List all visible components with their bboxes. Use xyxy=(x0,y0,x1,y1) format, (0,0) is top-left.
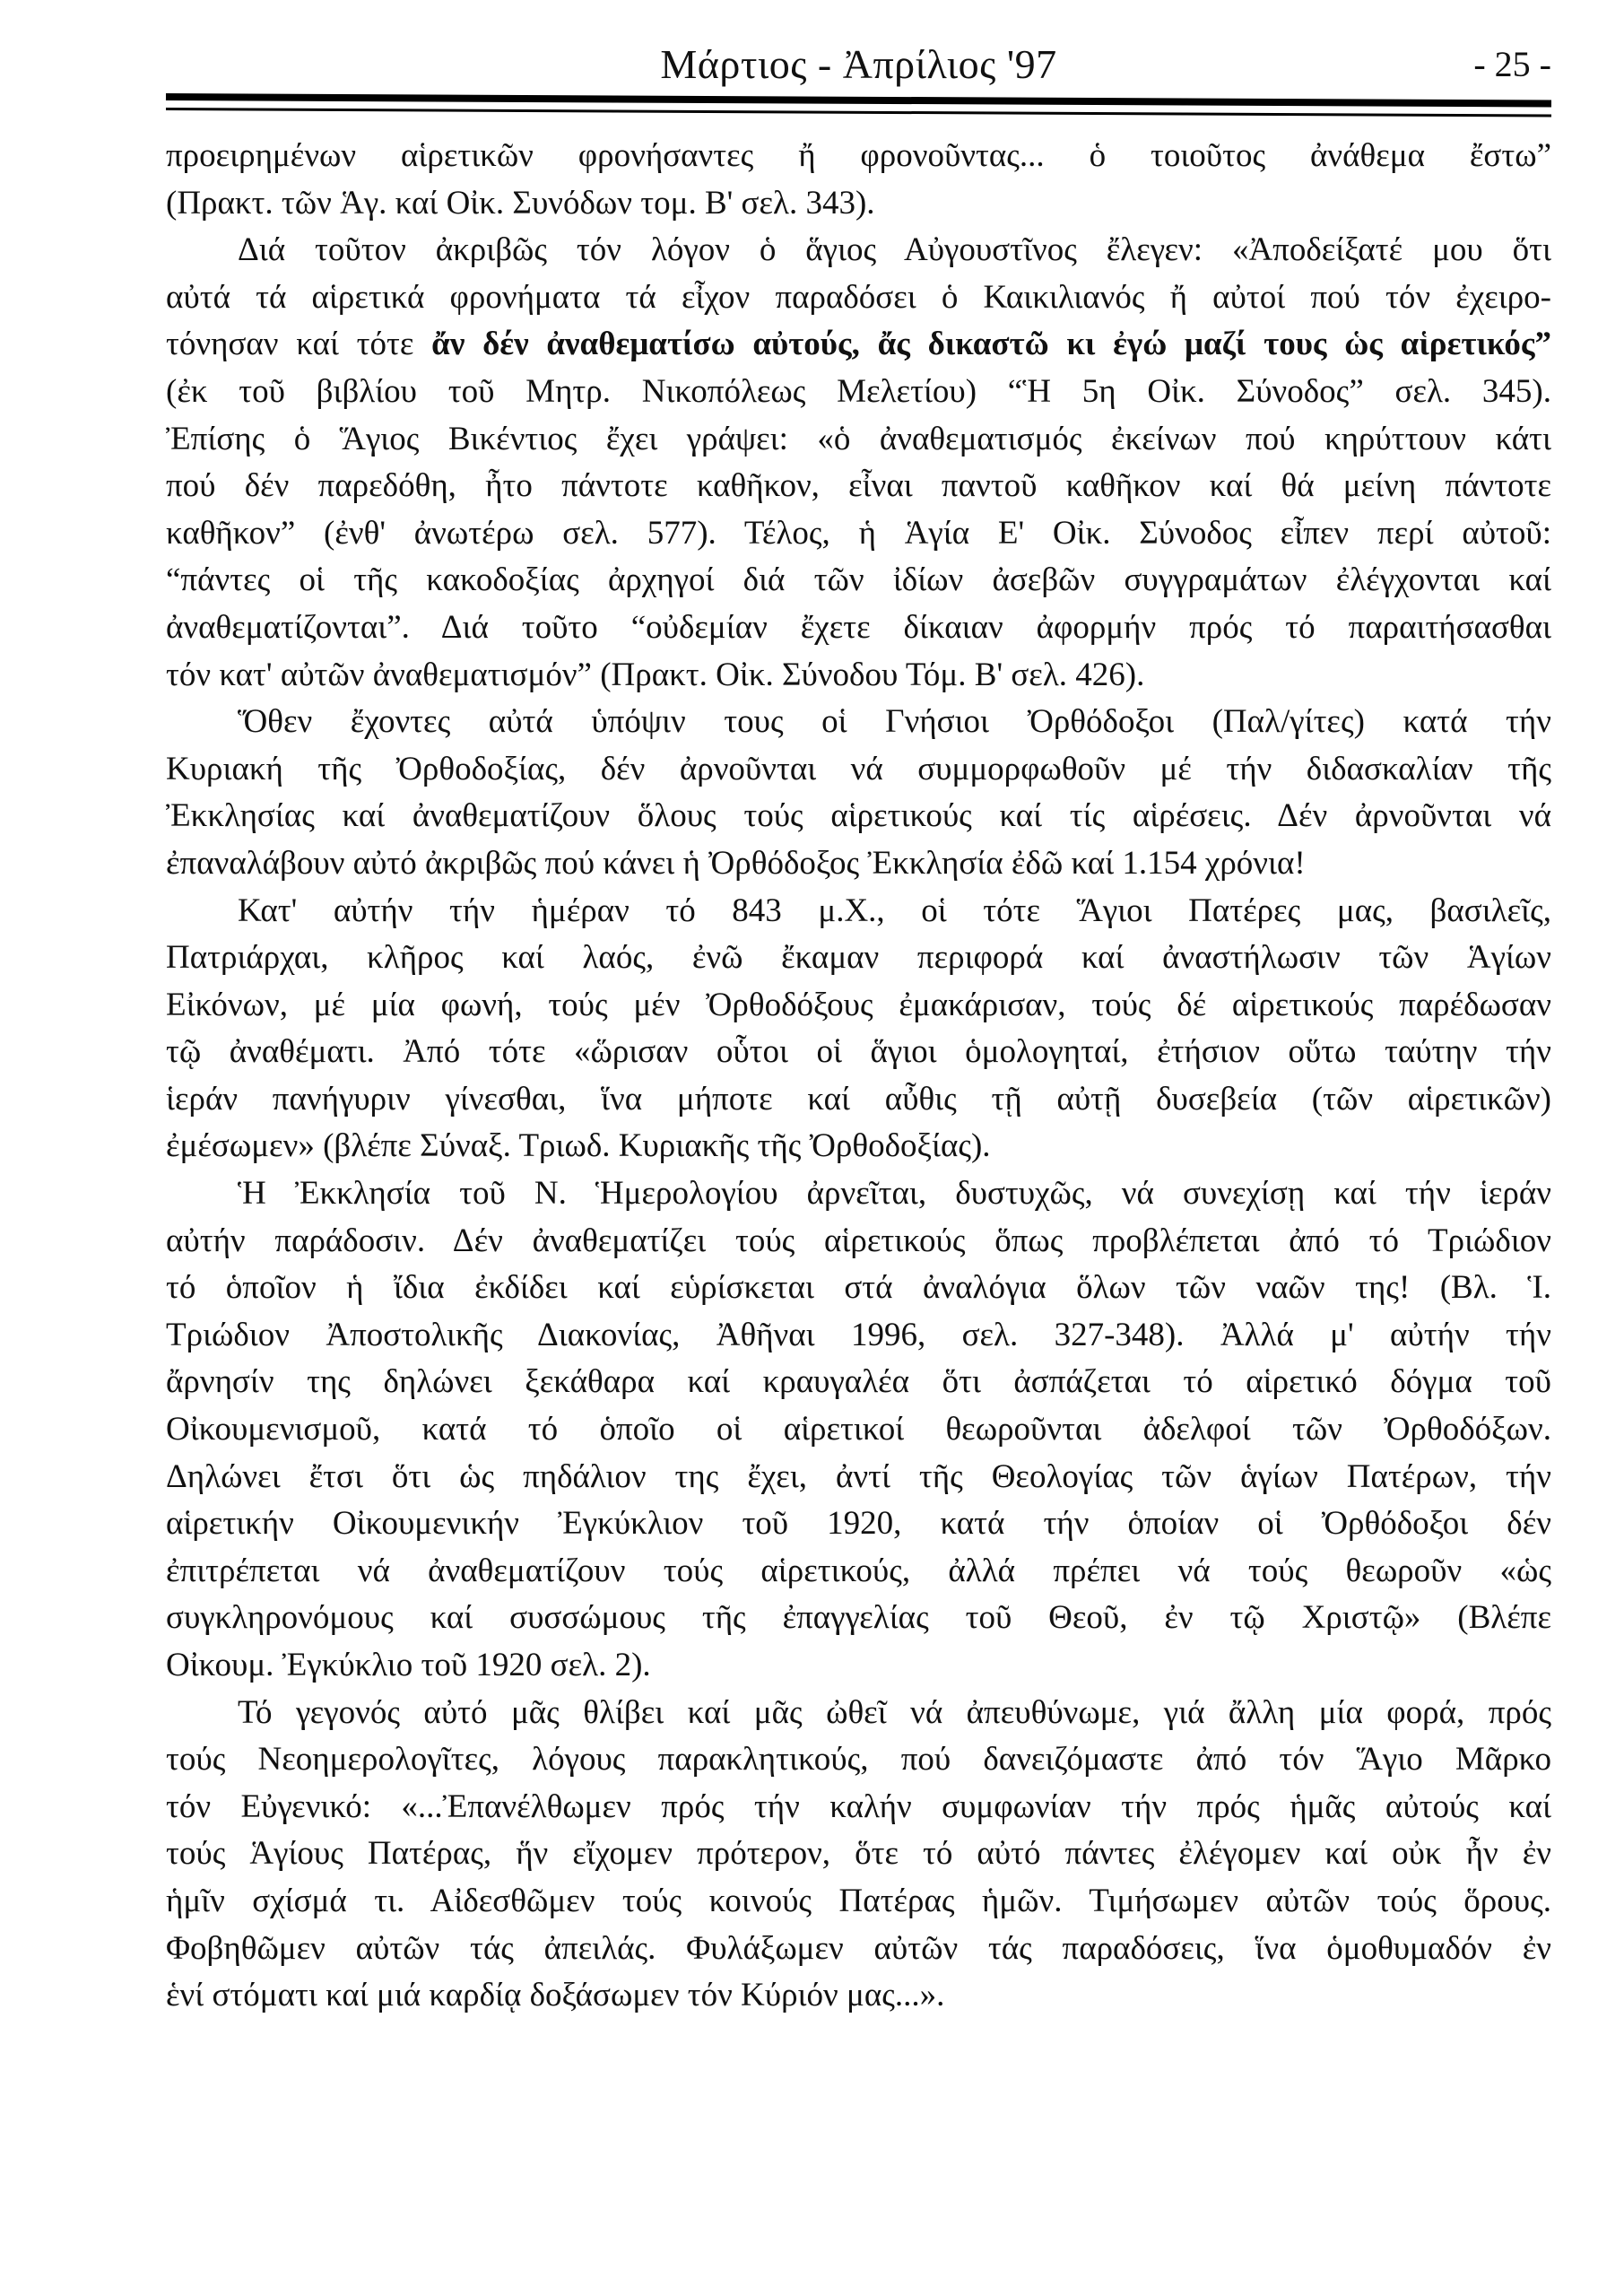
text-line: αὐτά τά αἱρετικά φρονήματα τά εἶχον παρα… xyxy=(166,274,1551,322)
text-line: Οἰκουμενισμοῦ, κατά τό ὁποῖο οἱ αἱρετικο… xyxy=(166,1406,1551,1454)
text-line: Εἰκόνων, μέ μία φωνή, τούς μέν Ὀρθοδόξου… xyxy=(166,982,1551,1030)
text-line: ἑνί στόματι καί μιά καρδίᾳ δοξάσωμεν τόν… xyxy=(166,1972,1551,2020)
text-line: τούς Νεοημερολογῖτες, λόγους παρακλητικο… xyxy=(166,1736,1551,1784)
text-line: Ἐκκλησίας καί ἀναθεματίζουν ὅλους τούς α… xyxy=(166,793,1551,840)
text-line: Κατ' αὐτήν τήν ἡμέραν τό 843 μ.Χ., οἱ τό… xyxy=(166,888,1551,935)
text-line: τούς Ἁγίους Πατέρας, ἥν εἴχομεν πρότερον… xyxy=(166,1831,1551,1878)
text-line: συγκληρονόμους καί συσσώμους τῆς ἐπαγγελ… xyxy=(166,1595,1551,1642)
text-line: αἱρετικήν Οἰκουμενικήν Ἐγκύκλιον τοῦ 192… xyxy=(166,1500,1551,1548)
text-line: ἀναθεματίζονται”. Διά τοῦτο “οὐδεμίαν ἔχ… xyxy=(166,604,1551,652)
text-line: Ὅθεν ἔχοντες αὐτά ὑπόψιν τους οἱ Γνήσιοι… xyxy=(166,699,1551,746)
header-rule-thick xyxy=(166,93,1551,108)
text-line: Φοβηθῶμεν αὐτῶν τάς ἀπειλάς. Φυλάξωμεν α… xyxy=(166,1926,1551,1973)
text-line: αὐτήν παράδοσιν. Δέν ἀναθεματίζει τούς α… xyxy=(166,1218,1551,1265)
text-line: ἐμέσωμεν» (βλέπε Σύναξ. Τριωδ. Κυριακῆς … xyxy=(166,1123,1551,1170)
header-rule-thin xyxy=(166,108,1551,117)
text-line: Πατριάρχαι, κλῆρος καί λαός, ἐνῶ ἔκαμαν … xyxy=(166,935,1551,982)
page-number: - 25 - xyxy=(1473,38,1551,91)
text-line: Ἐπίσης ὁ Ἅγιος Βικέντιος ἔχει γράψει: «ὁ… xyxy=(166,416,1551,464)
text-segment: τόνησαν καί τότε xyxy=(166,326,431,362)
issue-title: Μάρτιος - Ἀπρίλιος '97 xyxy=(166,38,1551,91)
text-line: ἐπιτρέπεται νά ἀναθεματίζουν τούς αἱρετι… xyxy=(166,1548,1551,1596)
text-line: Κυριακή τῆς Ὀρθοδοξίας, δέν ἀρνοῦνται νά… xyxy=(166,746,1551,794)
text-line: “πάντες οἱ τῆς κακοδοξίας ἀρχηγοί διά τῶ… xyxy=(166,557,1551,604)
text-line: ἄρνησίν της δηλώνει ξεκάθαρα καί κραυγαλ… xyxy=(166,1359,1551,1406)
text-line: τό ὁποῖον ἡ ἴδια ἐκδίδει καί εὑρίσκεται … xyxy=(166,1265,1551,1312)
text-line: (ἐκ τοῦ βιβλίου τοῦ Μητρ. Νικοπόλεως Μελ… xyxy=(166,369,1551,416)
text-line: καθῆκον” (ἐνθ' ἀνωτέρω σελ. 577). Τέλος,… xyxy=(166,510,1551,558)
bold-quote: ἄν δέν ἀναθεματίσω αὐτούς, ἄς δικαστῶ κι… xyxy=(431,326,1551,362)
text-line: τόν Εὐγενικό: «...Ἐπανέλθωμεν πρός τήν κ… xyxy=(166,1784,1551,1831)
text-line: τῷ ἀναθέματι. Ἀπό τότε «ὥρισαν οὗτοι οἱ … xyxy=(166,1029,1551,1076)
text-line: Ἡ Ἐκκλησία τοῦ Ν. Ἡμερολογίου ἀρνεῖται, … xyxy=(166,1170,1551,1218)
page-header: Μάρτιος - Ἀπρίλιος '97 - 25 - xyxy=(166,38,1551,91)
text-line: ἱεράν πανήγυριν γίνεσθαι, ἵνα μήποτε καί… xyxy=(166,1076,1551,1124)
text-line: (Πρακτ. τῶν Ἁγ. καί Οἰκ. Συνόδων τομ. Β'… xyxy=(166,180,1551,228)
document-page: Μάρτιος - Ἀπρίλιος '97 - 25 - προειρημέν… xyxy=(0,0,1624,2296)
text-line: Δηλώνει ἔτσι ὅτι ὡς πηδάλιον της ἔχει, ἀ… xyxy=(166,1454,1551,1501)
article-body: προειρημένων αἱρετικῶν φρονήσαντες ἤ φρο… xyxy=(166,133,1551,2020)
text-line: πού δέν παρεδόθη, ἦτο πάντοτε καθῆκον, ε… xyxy=(166,463,1551,510)
text-line: τόνησαν καί τότε ἄν δέν ἀναθεματίσω αὐτο… xyxy=(166,321,1551,369)
text-line: ἐπαναλάβουν αὐτό ἀκριβῶς πού κάνει ἡ Ὀρθ… xyxy=(166,840,1551,888)
text-line: Διά τοῦτον ἀκριβῶς τόν λόγον ὁ ἅγιος Αὐγ… xyxy=(166,227,1551,274)
text-line: προειρημένων αἱρετικῶν φρονήσαντες ἤ φρο… xyxy=(166,133,1551,180)
text-line: ἡμῖν σχίσμά τι. Αἰδεσθῶμεν τούς κοινούς … xyxy=(166,1878,1551,1926)
text-line: Τριώδιον Ἀποστολικῆς Διακονίας, Ἀθῆναι 1… xyxy=(166,1312,1551,1360)
text-line: Οἰκουμ. Ἐγκύκλιο τοῦ 1920 σελ. 2). xyxy=(166,1642,1551,1690)
text-line: Τό γεγονός αὐτό μᾶς θλίβει καί μᾶς ὠθεῖ … xyxy=(166,1690,1551,1737)
text-line: τόν κατ' αὐτῶν ἀναθεματισμόν” (Πρακτ. Οἰ… xyxy=(166,652,1551,700)
